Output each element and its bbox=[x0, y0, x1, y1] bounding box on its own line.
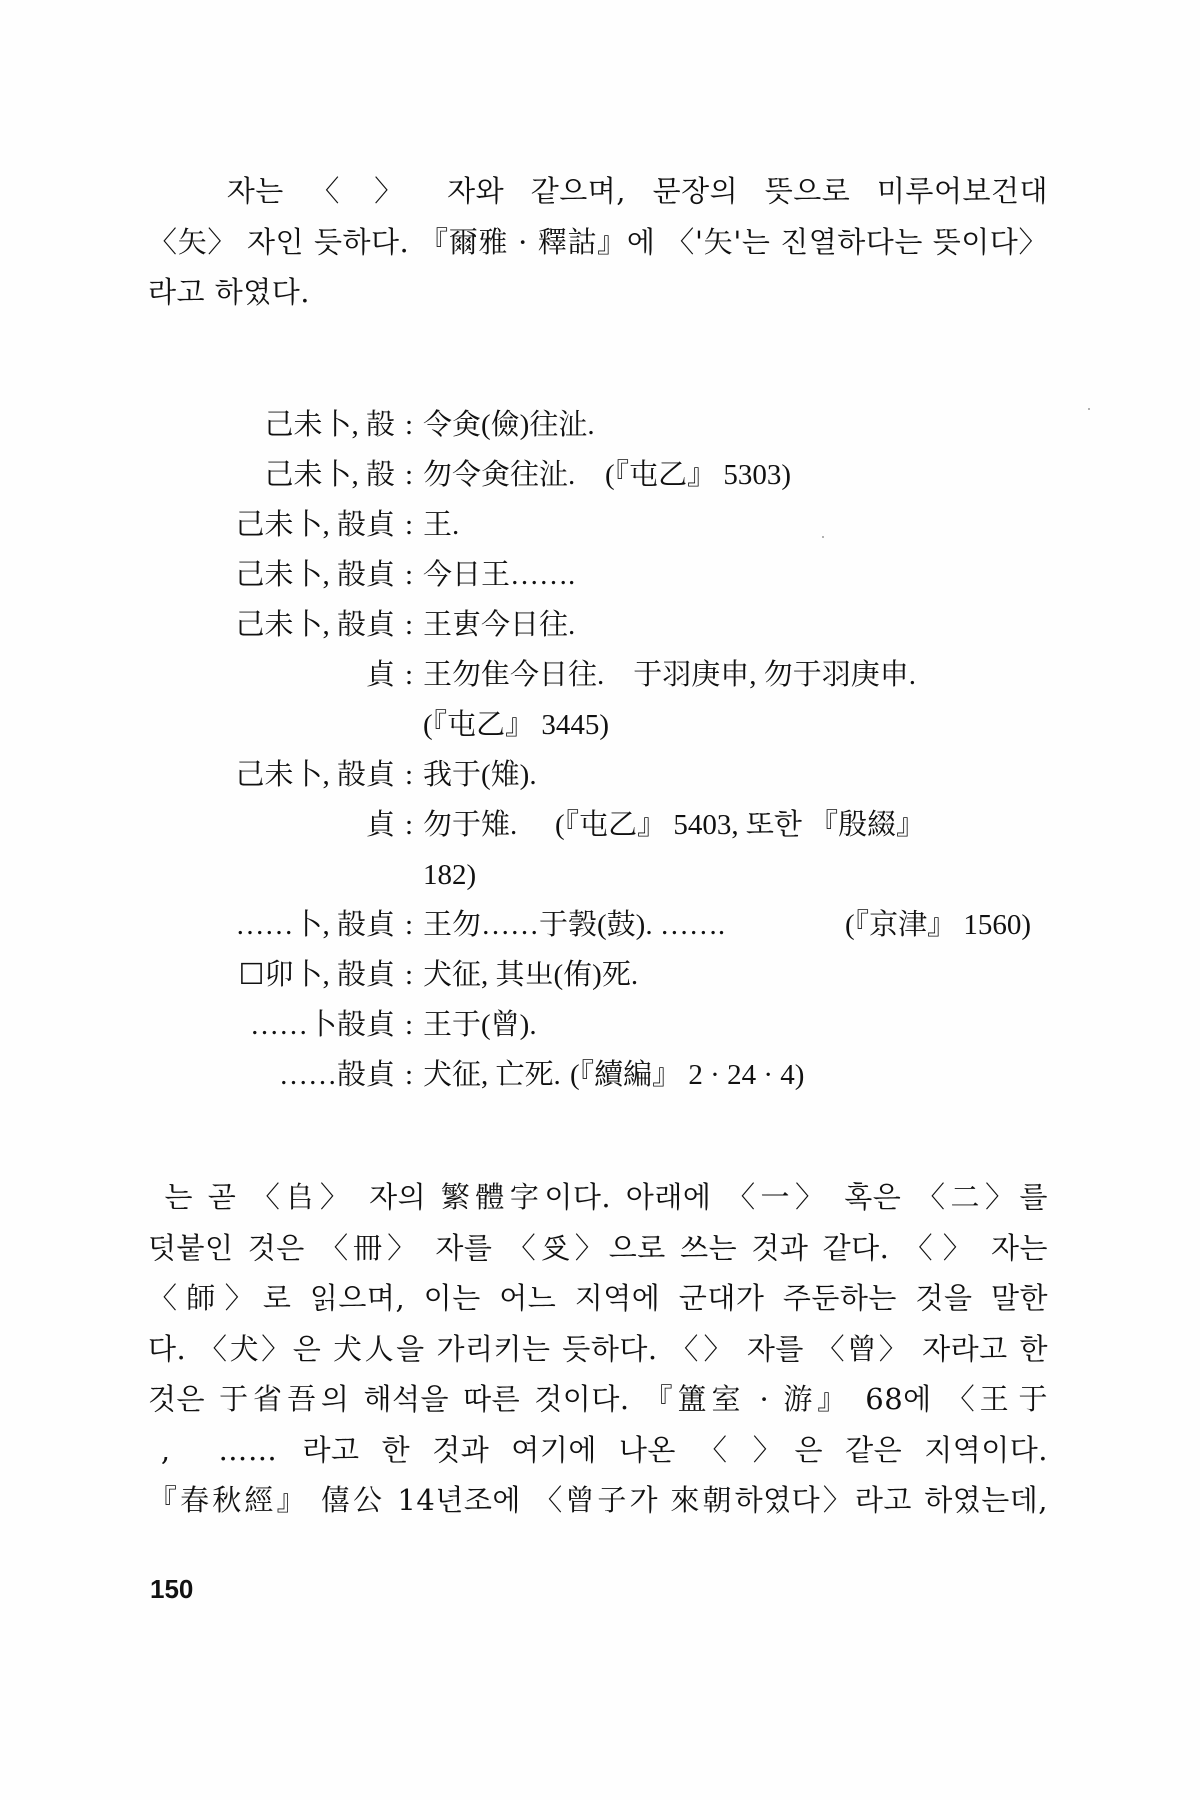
inscription-row: 182) bbox=[205, 850, 1065, 900]
inscription-colon: : bbox=[395, 1050, 423, 1100]
inscription-row: 貞:王勿隹今日往. 于羽庚申, 勿于羽庚申. bbox=[205, 650, 1065, 700]
inscription-prefix: ☐卯卜, 㱿貞 bbox=[239, 950, 396, 1000]
inscription-text: 勿于雉𡆥. bbox=[423, 800, 517, 850]
text-line: 것은 于省吾의 해석을 따른 것이다. 『簠室 · 游』 68에 〈王𡆥于 bbox=[148, 1374, 1048, 1425]
inscription-colon: : bbox=[395, 800, 423, 850]
text-line: 덧붙인 것은 〈冊〉 자를 〈𠬪〉으로 쓰는 것과 같다. 〈𡆥〉 자는 bbox=[148, 1223, 1048, 1274]
inscription-text: 王叀今日往. bbox=[423, 600, 575, 650]
inscription-text: 令㑒(儉)往沚. bbox=[423, 400, 595, 450]
inscription-row: ……卜㱿貞:王𡆥于𠙵(曾). bbox=[205, 1000, 1065, 1050]
inscription-prefix: 己未卜, 㱿貞 bbox=[235, 550, 395, 600]
inscription-row: 己未卜, 㱿貞:今日王……. bbox=[205, 550, 1065, 600]
inscription-prefix: 己未卜, 㱿 bbox=[264, 400, 395, 450]
inscription-prefix: ……㱿貞 bbox=[279, 1050, 395, 1100]
inscription-row: ……㱿貞:犬征, 亡死.(『續編』 2 · 24 · 4) bbox=[205, 1050, 1065, 1100]
inscription-row: ☐卯卜, 㱿貞:犬征, 其㞢(侑)死. bbox=[205, 950, 1065, 1000]
text-line: 〈𡆥〉는 곧 〈𠂤〉 자의 繁體字이다. 아래에 〈一〉 혹은 〈二〉를 bbox=[148, 1172, 1048, 1223]
inscription-prefix: 己未卜, 㱿貞 bbox=[235, 600, 395, 650]
inscription-colon: : bbox=[395, 950, 423, 1000]
inscription-prefix: ……卜, 㱿貞 bbox=[235, 900, 395, 950]
inscription-row: ……卜, 㱿貞:王勿……于㝅(鼓)𡆥. …….(『京津』 1560) bbox=[205, 900, 1065, 950]
commentary-paragraph: 〈𡆥〉는 곧 〈𠂤〉 자의 繁體字이다. 아래에 〈一〉 혹은 〈二〉를 덧붙인… bbox=[148, 1172, 1048, 1526]
inscription-text: 我于𢼸(雉)𡆥. bbox=[423, 750, 537, 800]
text-line: 라고 하였다. bbox=[148, 267, 1048, 318]
intro-paragraph: 〈𣳠〉 자는 〈𡚾〉 자와 같으며, 문장의 뜻으로 미루어보건대 〈矢〉 자인… bbox=[148, 166, 1048, 318]
source-reference: (『續編』 2 · 24 · 4) bbox=[570, 1050, 804, 1100]
source-reference: (『京津』 1560) bbox=[845, 900, 1031, 950]
inscription-colon: : bbox=[395, 450, 423, 500]
source-reference: (『屯乙』 5403, 또한 『殷綴』 bbox=[555, 800, 925, 850]
text-line: 다. 〈犬〉은 犬人을 가리키는 듯하다. 〈𠙵〉 자를 〈曾〉 자라고 한 bbox=[148, 1324, 1048, 1375]
inscription-colon: : bbox=[395, 500, 423, 550]
page-number: 150 bbox=[150, 1574, 193, 1605]
inscription-row: 己未卜, 㱿貞:王叀今日往. bbox=[205, 600, 1065, 650]
inscription-prefix: 貞 bbox=[366, 650, 395, 700]
inscription-text: 犬征, 亡死. bbox=[423, 1050, 561, 1100]
inscription-colon: : bbox=[395, 650, 423, 700]
inscription-colon: : bbox=[395, 900, 423, 950]
inscription-text: 王𡆥. bbox=[423, 500, 459, 550]
inscription-colon: : bbox=[395, 1000, 423, 1050]
inscription-prefix: 貞 bbox=[366, 800, 395, 850]
scan-speck bbox=[822, 536, 824, 538]
inscription-continuation: 182) bbox=[423, 850, 476, 900]
inscription-text: 王勿隹今日往. 于羽庚申, 勿于羽庚申. bbox=[423, 650, 916, 700]
inscription-colon: : bbox=[395, 400, 423, 450]
inscription-row: 己未卜, 㱿:勿令㑒往沚.(『屯乙』 5303) bbox=[205, 450, 1065, 500]
inscription-text: 犬征, 其㞢(侑)死. bbox=[423, 950, 638, 1000]
inscription-colon: : bbox=[395, 550, 423, 600]
inscription-prefix: 己未卜, 㱿 bbox=[264, 450, 395, 500]
oracle-inscriptions-block: 己未卜, 㱿:令㑒(儉)往沚.己未卜, 㱿:勿令㑒往沚.(『屯乙』 5303)己… bbox=[205, 400, 1065, 1100]
inscription-prefix: 己未卜, 㱿貞 bbox=[235, 500, 395, 550]
text-line: 〈矢〉 자인 듯하다. 『爾雅 · 釋詁』에 〈'矢'는 진열하다는 뜻이다〉 bbox=[148, 217, 1048, 268]
inscription-text: 勿令㑒往沚. bbox=[423, 450, 575, 500]
text-line: 〈𣳠〉 자는 〈𡚾〉 자와 같으며, 문장의 뜻으로 미루어보건대 bbox=[148, 166, 1048, 217]
text-line: 『春秋經』 僖公 14년조에 〈曾子가 來朝하였다〉라고 하였는데, bbox=[148, 1475, 1048, 1526]
inscription-row: 己未卜, 㱿:令㑒(儉)往沚. bbox=[205, 400, 1065, 450]
text-line: 〈師〉로 읽으며, 이는 어느 지역에 군대가 주둔하는 것을 말한 bbox=[148, 1273, 1048, 1324]
scan-speck bbox=[1088, 408, 1090, 410]
inscription-prefix: ……卜㱿貞 bbox=[250, 1000, 395, 1050]
inscription-text: 今日王……. bbox=[423, 550, 575, 600]
inscription-row: (『屯乙』 3445) bbox=[205, 700, 1065, 750]
inscription-continuation: (『屯乙』 3445) bbox=[423, 700, 609, 750]
inscription-colon: : bbox=[395, 750, 423, 800]
source-reference: (『屯乙』 5303) bbox=[605, 450, 791, 500]
inscription-text: 王勿……于㝅(鼓)𡆥. ……. bbox=[423, 900, 725, 950]
inscription-row: 己未卜, 㱿貞:王𡆥. bbox=[205, 500, 1065, 550]
inscription-row: 貞:勿于雉𡆥.(『屯乙』 5403, 또한 『殷綴』 bbox=[205, 800, 1065, 850]
inscription-colon: : bbox=[395, 600, 423, 650]
text-line: 𠙵, 迺乎……〉라고 한 것과 여기에 나온 〈𠙵〉은 같은 지역이다. bbox=[148, 1425, 1048, 1476]
inscription-prefix: 己未卜, 㱿貞 bbox=[235, 750, 395, 800]
inscription-text: 王𡆥于𠙵(曾). bbox=[423, 1000, 537, 1050]
book-page: 〈𣳠〉 자는 〈𡚾〉 자와 같으며, 문장의 뜻으로 미루어보건대 〈矢〉 자인… bbox=[0, 0, 1200, 1800]
inscription-row: 己未卜, 㱿貞:我于𢼸(雉)𡆥. bbox=[205, 750, 1065, 800]
